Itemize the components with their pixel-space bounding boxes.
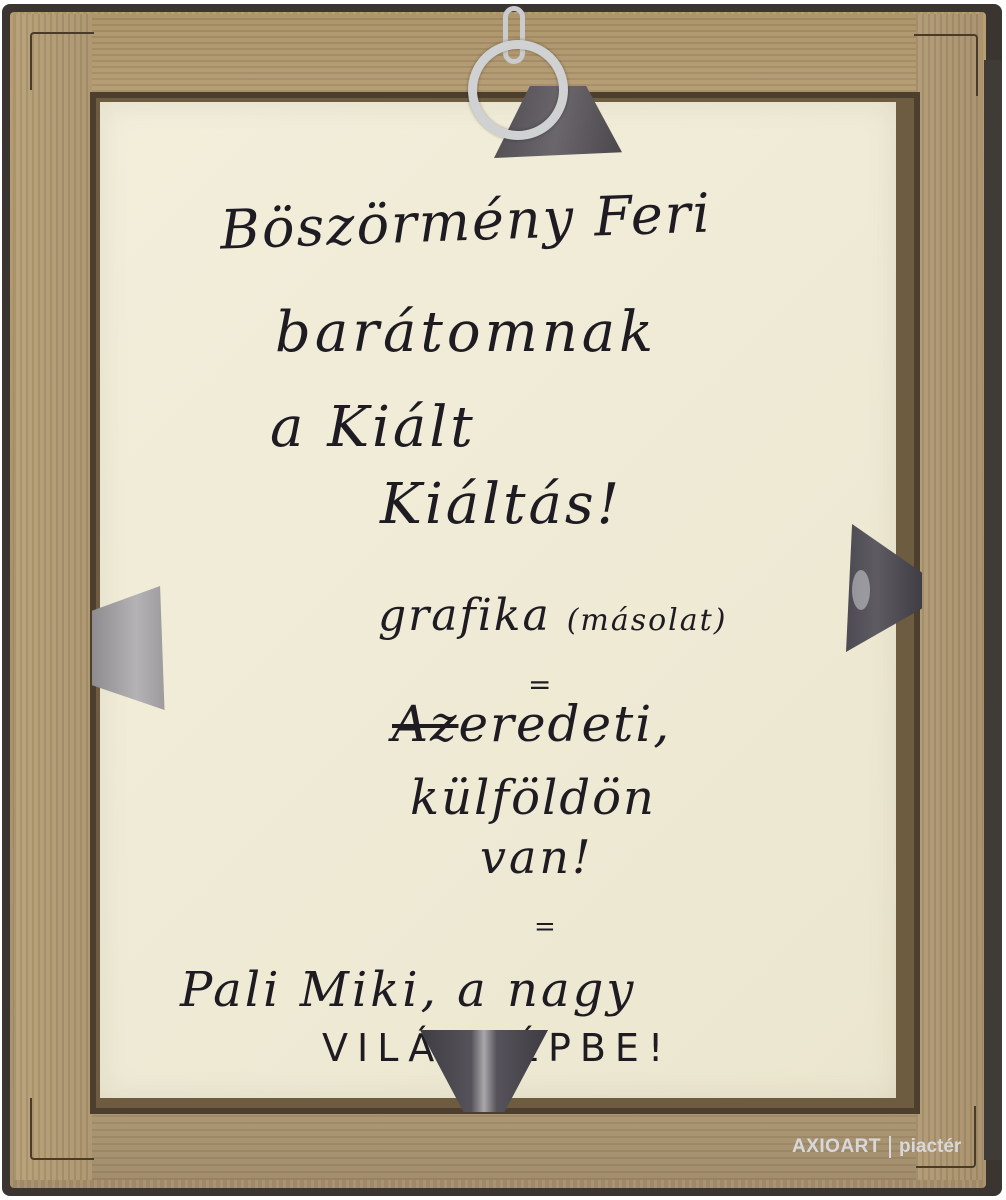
watermark: AXIOART piactér bbox=[792, 1136, 961, 1158]
inscription-line-5: grafika (másolat) bbox=[378, 590, 727, 641]
inscription-word-grafika: grafika bbox=[378, 590, 551, 641]
frame-joint-top-right bbox=[914, 34, 978, 96]
inscription-line-2: barátomnak bbox=[275, 300, 657, 365]
inscription-signature: Pali Miki, a nagy bbox=[180, 962, 636, 1018]
inscription-line-3: a Kiált bbox=[270, 395, 476, 460]
inscription-separator-2: = bbox=[534, 912, 558, 942]
clip-highlight bbox=[852, 570, 870, 610]
watermark-divider bbox=[889, 1136, 891, 1158]
inscription-line-7: külföldön bbox=[410, 770, 656, 826]
framed-artwork-back: Böszörmény Feri barátomnak a Kiált Kiált… bbox=[0, 0, 1006, 1200]
inscription-line-8: van! bbox=[480, 830, 594, 884]
watermark-sub: piactér bbox=[899, 1136, 961, 1158]
frame-joint-top-left bbox=[30, 32, 94, 90]
inscription-word-masolat: (másolat) bbox=[567, 603, 728, 638]
frame-rail-right bbox=[916, 14, 982, 1180]
frame-rail-left bbox=[14, 14, 92, 1180]
frame-worn-edge bbox=[984, 60, 1002, 1160]
inscription-line-4: Kiáltás! bbox=[380, 472, 622, 537]
hanging-ring-icon bbox=[468, 40, 568, 140]
inscription-line-6: Azeredeti, bbox=[392, 695, 671, 753]
inscription-struck-word: Az bbox=[392, 695, 458, 753]
frame-joint-bottom-left bbox=[30, 1098, 94, 1160]
inscription-word-eredeti: eredeti, bbox=[458, 695, 671, 753]
watermark-brand: AXIOART bbox=[792, 1136, 881, 1158]
